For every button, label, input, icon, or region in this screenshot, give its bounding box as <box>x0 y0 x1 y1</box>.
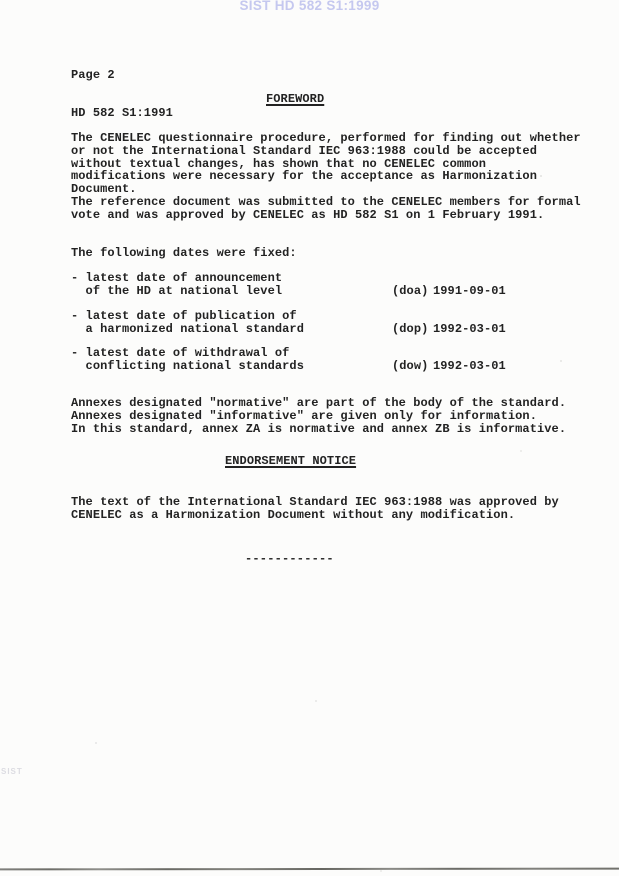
date-item-code: (dop) <box>392 323 428 336</box>
date-item-doa: - latest date of announcement of the HD … <box>71 272 591 298</box>
end-separator: ------------ <box>245 553 334 566</box>
foreword-paragraph: The CENELEC questionnaire procedure, per… <box>71 132 581 222</box>
scan-noise-specks <box>540 175 542 177</box>
annex-note: Annexes designated "normative" are part … <box>71 397 566 435</box>
date-item-label: - latest date of publication of a harmon… <box>71 310 591 336</box>
dates-intro: The following dates were fixed: <box>71 247 297 260</box>
document-page: SIST HD 582 S1:1999 Page 2 HD 582 S1:199… <box>0 0 619 876</box>
date-item-code: (doa) <box>392 285 428 298</box>
date-item-value: 1992-03-01 <box>433 360 506 373</box>
scan-artifact-left-edge-text: SIST <box>1 766 23 779</box>
date-item-code: (dow) <box>392 360 428 373</box>
date-item-dow: - latest date of withdrawal of conflicti… <box>71 347 591 373</box>
page-number: Page 2 <box>71 69 173 82</box>
endorsement-paragraph: The text of the International Standard I… <box>71 496 559 522</box>
date-item-value: 1992-03-01 <box>433 323 506 336</box>
foreword-title: FOREWORD <box>266 93 324 106</box>
scan-artifact-bottom-edge <box>0 868 619 871</box>
date-item-dop: - latest date of publication of a harmon… <box>71 310 591 336</box>
endorsement-title: ENDORSEMENT NOTICE <box>225 455 356 468</box>
document-reference: HD 582 S1:1991 <box>71 107 173 120</box>
date-item-value: 1991-09-01 <box>433 285 506 298</box>
date-item-label: - latest date of withdrawal of conflicti… <box>71 347 591 373</box>
sist-watermark: SIST HD 582 S1:1999 <box>239 0 379 13</box>
date-item-label: - latest date of announcement of the HD … <box>71 272 591 298</box>
